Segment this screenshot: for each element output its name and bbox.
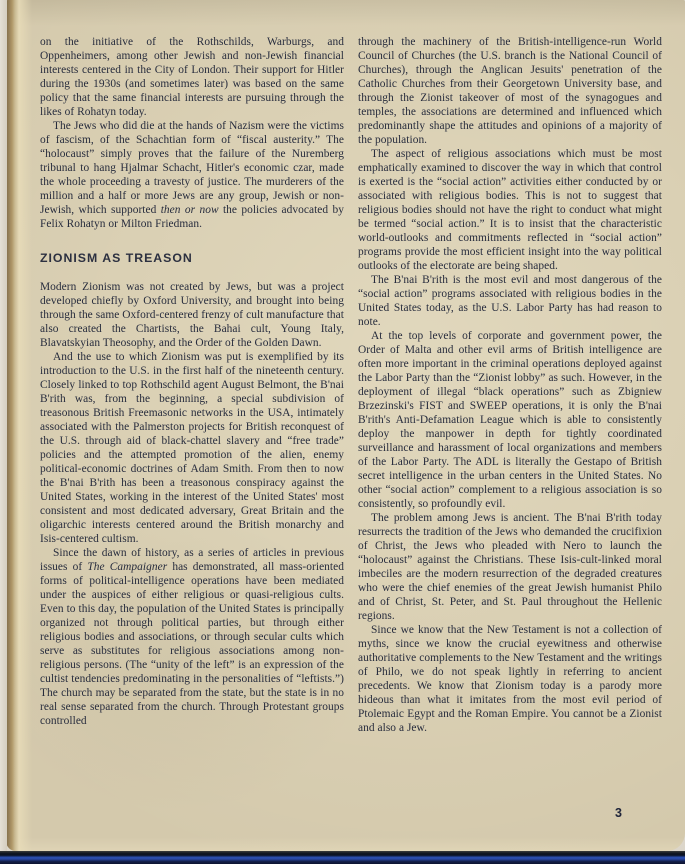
text-segment: The Jews who did die at the hands of Naz… (40, 120, 344, 216)
text-segment: has demonstrated, all mass-oriented form… (40, 561, 344, 727)
italic-text-segment: then or now (161, 204, 219, 216)
text-segment: At the top levels of corporate and gover… (358, 330, 662, 510)
text-segment: The B'nai B'rith is the most evil and mo… (358, 274, 662, 328)
text-segment: The aspect of religious associations whi… (358, 148, 662, 272)
body-paragraph: At the top levels of corporate and gover… (358, 329, 662, 511)
scanned-page: on the initiative of the Rothschilds, Wa… (0, 0, 685, 864)
text-segment: The problem among Jews is ancient. The B… (358, 512, 662, 622)
body-paragraph: Modern Zionism was not created by Jews, … (40, 280, 344, 350)
body-paragraph: Since we know that the New Testament is … (358, 623, 662, 735)
body-paragraph: The aspect of religious associations whi… (358, 147, 662, 273)
body-paragraph: And the use to which Zionism was put is … (40, 350, 344, 546)
text-segment: on the initiative of the Rothschilds, Wa… (40, 36, 344, 118)
section-heading: ZIONISM AS TREASON (40, 251, 344, 265)
magazine-page: on the initiative of the Rothschilds, Wa… (6, 0, 685, 851)
text-segment: Modern Zionism was not created by Jews, … (40, 281, 344, 349)
left-column: on the initiative of the Rothschilds, Wa… (40, 35, 344, 735)
page-number: 3 (615, 806, 622, 820)
scan-edge-strip (0, 0, 7, 864)
text-segment: through the machinery of the British-int… (358, 36, 662, 146)
body-paragraph: Since the dawn of history, as a series o… (40, 546, 344, 728)
right-column: through the machinery of the British-int… (358, 35, 662, 735)
text-segment: And the use to which Zionism was put is … (40, 351, 344, 545)
body-paragraph: through the machinery of the British-int… (358, 35, 662, 147)
italic-text-segment: The Campaigner (87, 561, 167, 573)
book-edge-band (0, 851, 685, 864)
body-paragraph: The problem among Jews is ancient. The B… (358, 511, 662, 623)
body-paragraph: The Jews who did die at the hands of Naz… (40, 119, 344, 231)
body-paragraph: on the initiative of the Rothschilds, Wa… (40, 35, 344, 119)
text-columns: on the initiative of the Rothschilds, Wa… (40, 35, 662, 735)
binding-shadow (6, 0, 32, 851)
text-segment: Since we know that the New Testament is … (358, 624, 662, 734)
body-paragraph: The B'nai B'rith is the most evil and mo… (358, 273, 662, 329)
